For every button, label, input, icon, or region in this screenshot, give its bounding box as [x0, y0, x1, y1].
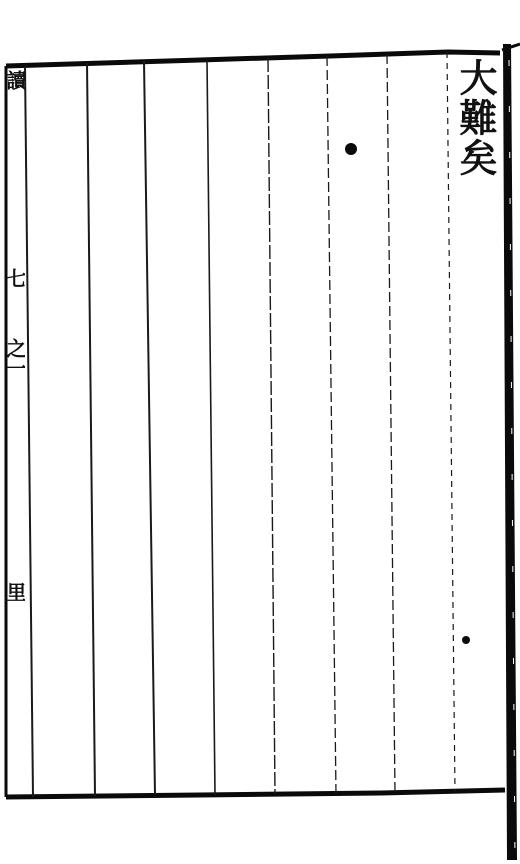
scanned-book-page: 大難矣 讀 七 之一 里 [0, 0, 520, 864]
column-rule-1 [25, 66, 33, 797]
bottom-border [6, 790, 505, 797]
right-spine [503, 44, 517, 860]
ruled-frame [0, 0, 520, 864]
title-column-text: 大難矣 [456, 58, 494, 178]
column-rules [25, 52, 455, 797]
column-rule-6 [327, 56, 336, 794]
margin-fragment-1: 讀 [3, 70, 25, 90]
ink-dot-1 [345, 143, 357, 155]
margin-fragment-4: 里 [3, 582, 25, 602]
column-rule-5 [268, 58, 275, 794]
top-border [6, 52, 500, 66]
column-rule-4 [207, 60, 215, 795]
column-rule-2 [87, 63, 95, 796]
column-rule-7 [387, 54, 395, 793]
margin-fragment-2: 七 [3, 268, 25, 288]
column-rule-3 [144, 61, 155, 795]
margin-fragment-3: 之一 [3, 338, 25, 378]
ink-dot-2 [462, 636, 470, 644]
